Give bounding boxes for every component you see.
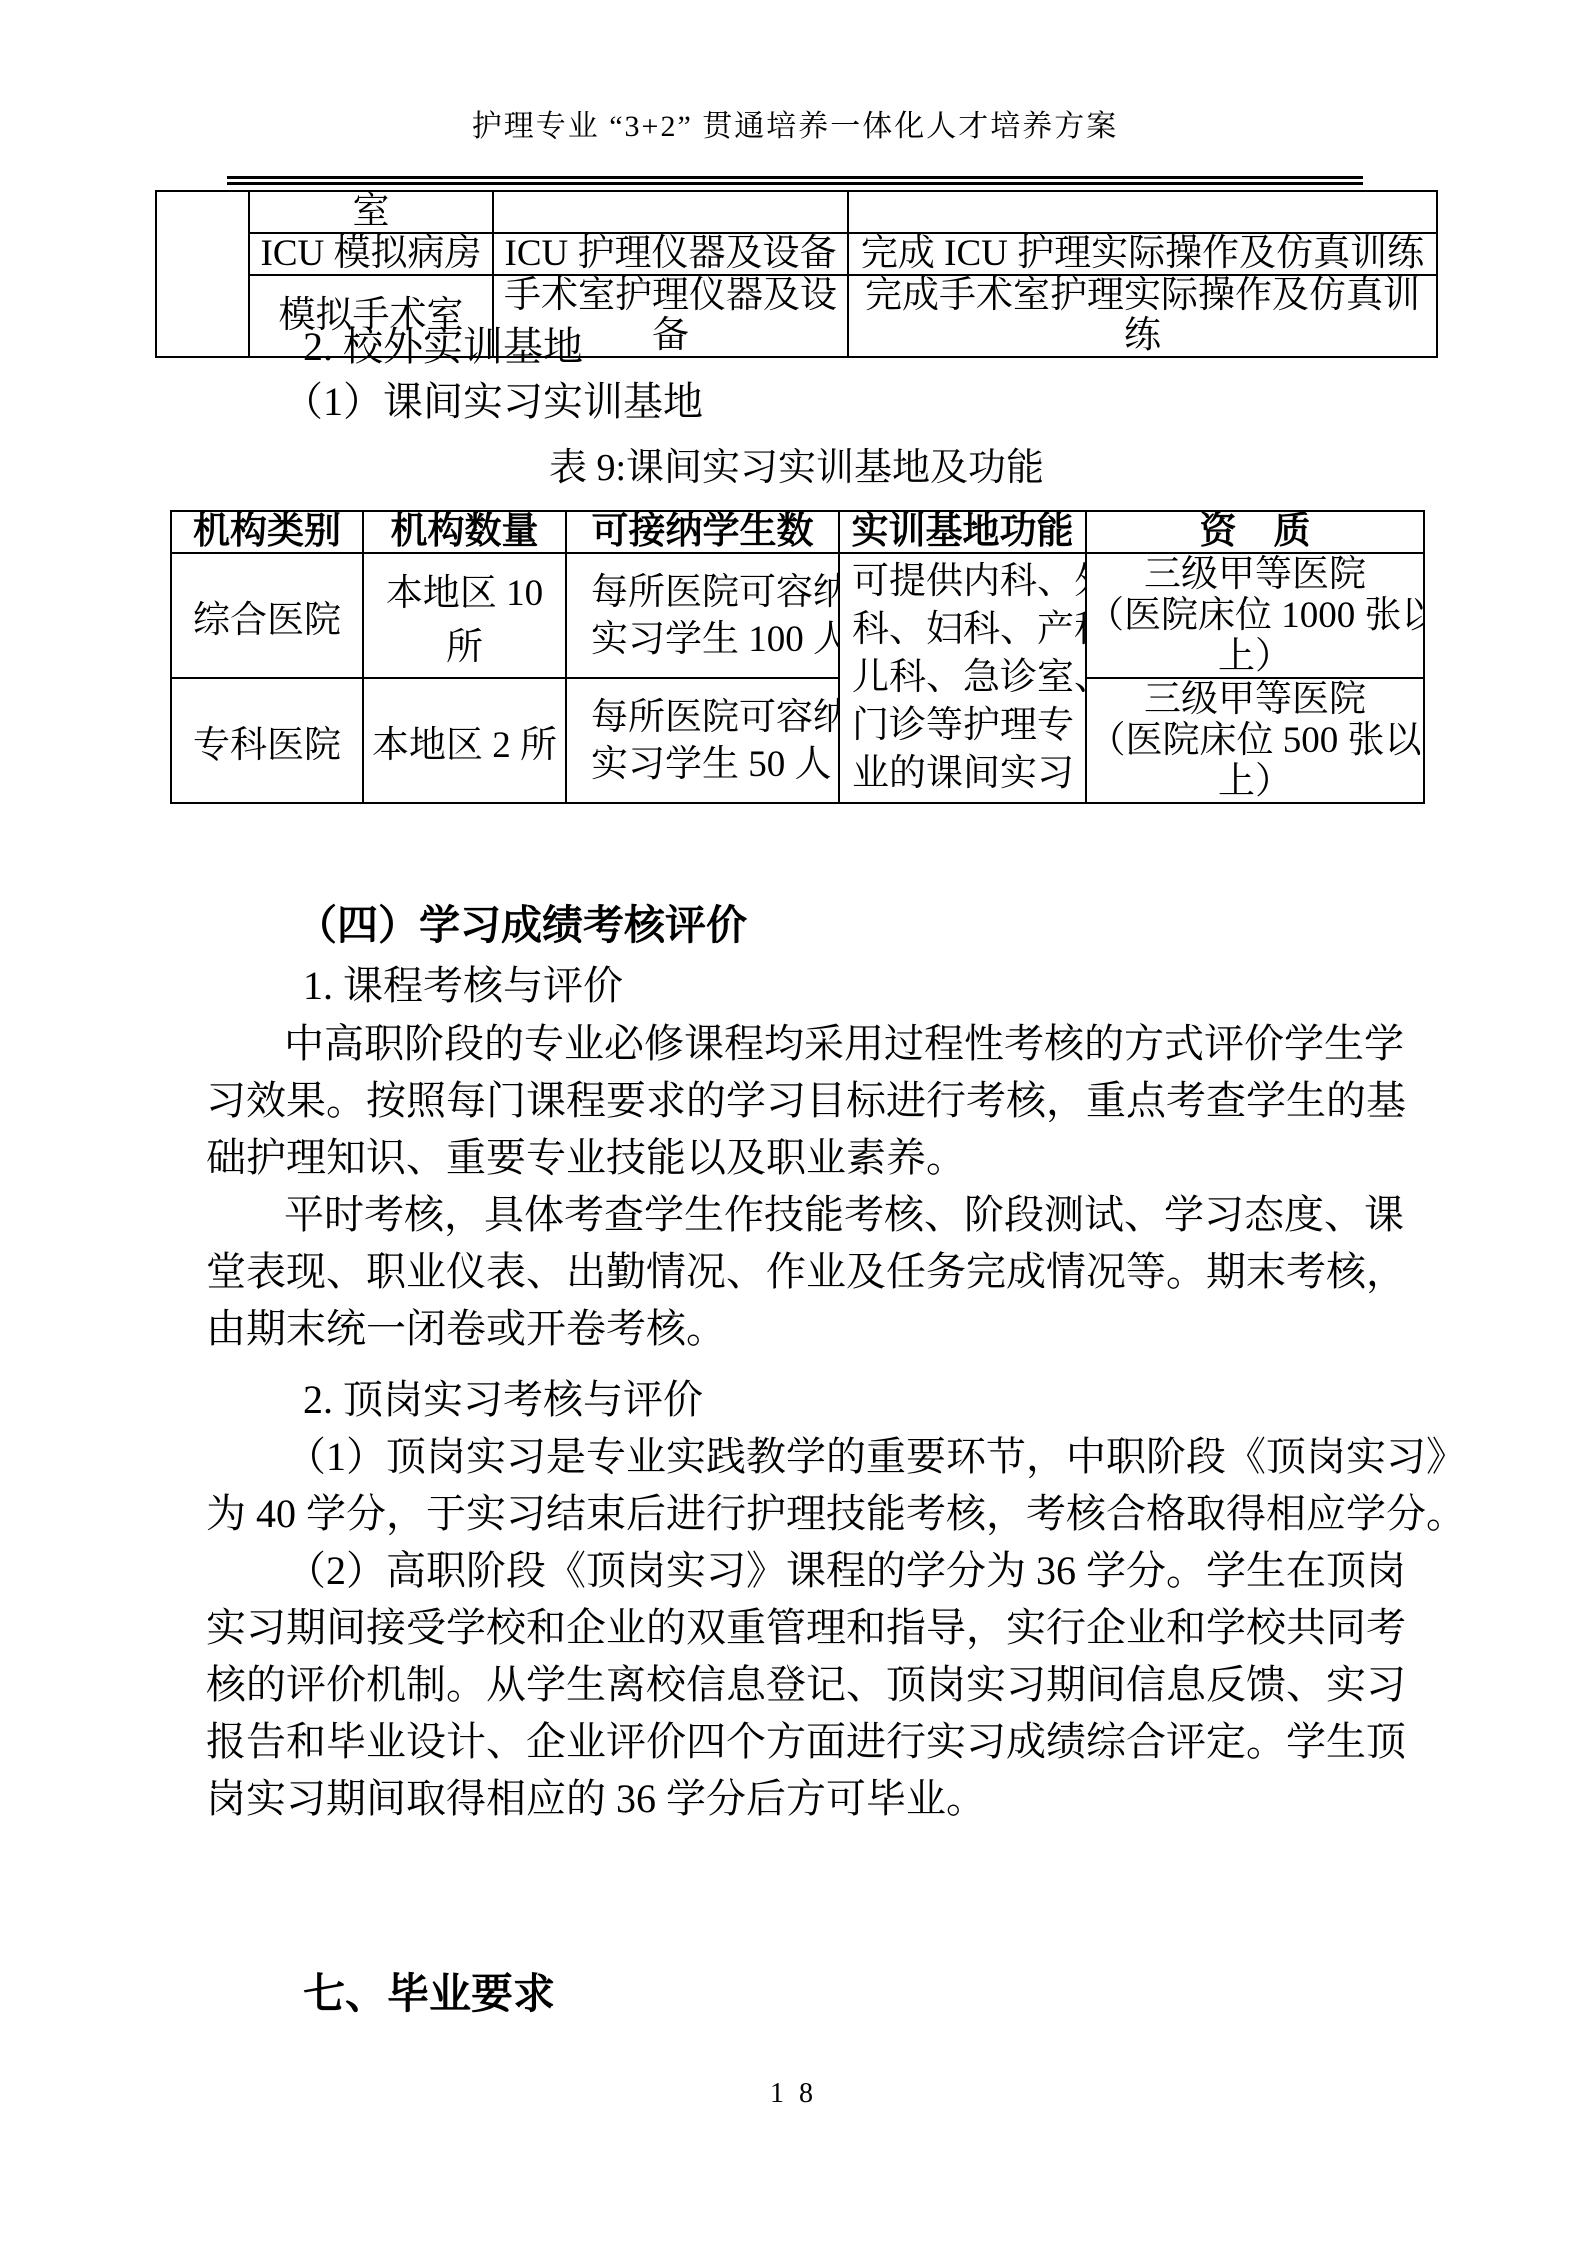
table-cell bbox=[848, 191, 1437, 233]
table-cell bbox=[493, 191, 848, 233]
column-header-count: 机构数量 bbox=[363, 511, 566, 553]
paragraph-line: 平时考核，具体考查学生作技能考核、阶段测试、学习态度、课 bbox=[206, 1186, 1381, 1243]
column-header-function: 实训基地功能 bbox=[839, 511, 1086, 553]
table-cell: 完成 ICU 护理实际操作及仿真训练 bbox=[848, 233, 1437, 275]
subsection-internship-assessment: 2. 顶岗实习考核与评价 bbox=[303, 1371, 1381, 1428]
column-header-qualification: 资 质 bbox=[1086, 511, 1424, 553]
body-text: 中高职阶段的专业必修课程均采用过程性考核的方式评价学生学 习效果。按照每门课程要… bbox=[206, 1015, 1381, 1827]
function-line: 儿科、急诊室、 bbox=[852, 654, 1085, 702]
cell-hospital-type: 专科医院 bbox=[171, 678, 363, 803]
column-header-capacity: 可接纳学生数 bbox=[566, 511, 839, 553]
section-heading-assessment: （四）学习成绩考核评价 bbox=[296, 897, 747, 954]
qualification-line: 上） bbox=[1087, 761, 1423, 802]
internship-base-table: 机构类别 机构数量 可接纳学生数 实训基地功能 资 质 综合医院 本地区 10 … bbox=[170, 510, 1425, 804]
paragraph-line: 实习期间接受学校和企业的双重管理和指导，实行企业和学校共同考 bbox=[206, 1599, 1381, 1656]
table-row: 室 bbox=[156, 191, 1437, 233]
table-cell-merged-empty bbox=[156, 191, 249, 357]
table-header-row: 机构类别 机构数量 可接纳学生数 实训基地功能 资 质 bbox=[171, 511, 1424, 553]
table-cell: 完成手术室护理实际操作及仿真训练 bbox=[848, 275, 1437, 357]
table-row: ICU 模拟病房 ICU 护理仪器及设备 完成 ICU 护理实际操作及仿真训练 bbox=[156, 233, 1437, 275]
qualification-line: 上） bbox=[1087, 636, 1423, 677]
cell-hospital-count: 本地区 2 所 bbox=[363, 678, 566, 803]
table-cell: 室 bbox=[249, 191, 493, 233]
paragraph-line: 报告和毕业设计、企业评价四个方面进行实习成绩综合评定。学生顶 bbox=[206, 1713, 1381, 1770]
function-line: 业的课间实习 bbox=[852, 750, 1085, 798]
table-row: 专科医院 本地区 2 所 每所医院可容纳 实习学生 50 人 三级甲等医院 （医… bbox=[171, 678, 1424, 803]
header-double-rule bbox=[227, 176, 1363, 185]
table-cell: ICU 模拟病房 bbox=[249, 233, 493, 275]
paragraph-line: （2）高职阶段《顶岗实习》课程的学分为 36 学分。学生在顶岗 bbox=[206, 1542, 1381, 1599]
cell-capacity: 每所医院可容纳 实习学生 50 人 bbox=[566, 678, 839, 803]
cell-qualification: 三级甲等医院 （医院床位 500 张以 上） bbox=[1086, 678, 1424, 803]
paragraph-line: 岗实习期间取得相应的 36 学分后方可毕业。 bbox=[206, 1770, 1381, 1827]
paragraph-line: 础护理知识、重要专业技能以及职业素养。 bbox=[206, 1129, 1381, 1186]
cell-hospital-count: 本地区 10 所 bbox=[363, 553, 566, 678]
paragraph-line: （1）顶岗实习是专业实践教学的重要环节，中职阶段《顶岗实习》 bbox=[206, 1428, 1381, 1485]
cell-function-merged: 可提供内科、外 科、妇科、产科、 儿科、急诊室、 门诊等护理专 业的课间实习 bbox=[839, 553, 1086, 803]
document-header-title: 护理专业 “3+2” 贯通培养一体化人才培养方案 bbox=[227, 108, 1363, 146]
cell-qualification: 三级甲等医院 （医院床位 1000 张以 上） bbox=[1086, 553, 1424, 678]
table9-caption: 表 9:课间实习实训基地及功能 bbox=[170, 440, 1423, 497]
cell-capacity: 每所医院可容纳 实习学生 100 人 bbox=[566, 553, 839, 678]
paragraph-line: 由期末统一闭卷或开卷考核。 bbox=[206, 1300, 1381, 1357]
paragraph-line: 堂表现、职业仪表、出勤情况、作业及任务完成情况等。期末考核， bbox=[206, 1243, 1381, 1300]
capacity-line: 实习学生 100 人 bbox=[591, 616, 838, 663]
document-page: 护理专业 “3+2” 贯通培养一体化人才培养方案 室 ICU 模拟病房 ICU … bbox=[0, 0, 1587, 2245]
function-line: 门诊等护理专 bbox=[852, 702, 1085, 750]
function-line: 可提供内科、外 bbox=[852, 558, 1085, 606]
qualification-line: （医院床位 1000 张以 bbox=[1087, 595, 1423, 636]
page-number: 1 8 bbox=[0, 2076, 1587, 2112]
qualification-line: 三级甲等医院 bbox=[1087, 554, 1423, 595]
qualification-line: 三级甲等医院 bbox=[1087, 679, 1423, 720]
paragraph-line: 习效果。按照每门课程要求的学习目标进行考核，重点考查学生的基 bbox=[206, 1072, 1381, 1129]
capacity-line: 每所医院可容纳 bbox=[591, 569, 838, 616]
list-item-off-campus-bases: 2. 校外实训基地 bbox=[303, 318, 583, 375]
function-line: 科、妇科、产科、 bbox=[852, 606, 1085, 654]
paragraph-line: 为 40 学分，于实习结束后进行护理技能考核，考核合格取得相应学分。 bbox=[206, 1485, 1381, 1542]
qualification-line: （医院床位 500 张以 bbox=[1087, 720, 1423, 761]
table-cell: ICU 护理仪器及设备 bbox=[493, 233, 848, 275]
section-heading-graduation: 七、毕业要求 bbox=[303, 1967, 555, 2024]
subsection-course-assessment: 1. 课程考核与评价 bbox=[303, 957, 623, 1014]
list-item-internship-bases: （1）课间实习实训基地 bbox=[283, 373, 703, 430]
paragraph-line: 中高职阶段的专业必修课程均采用过程性考核的方式评价学生学 bbox=[206, 1015, 1381, 1072]
capacity-line: 实习学生 50 人 bbox=[591, 741, 838, 788]
table-row: 综合医院 本地区 10 所 每所医院可容纳 实习学生 100 人 可提供内科、外… bbox=[171, 553, 1424, 678]
column-header-type: 机构类别 bbox=[171, 511, 363, 553]
paragraph-line: 核的评价机制。从学生离校信息登记、顶岗实习期间信息反馈、实习 bbox=[206, 1656, 1381, 1713]
cell-hospital-type: 综合医院 bbox=[171, 553, 363, 678]
capacity-line: 每所医院可容纳 bbox=[591, 694, 838, 741]
